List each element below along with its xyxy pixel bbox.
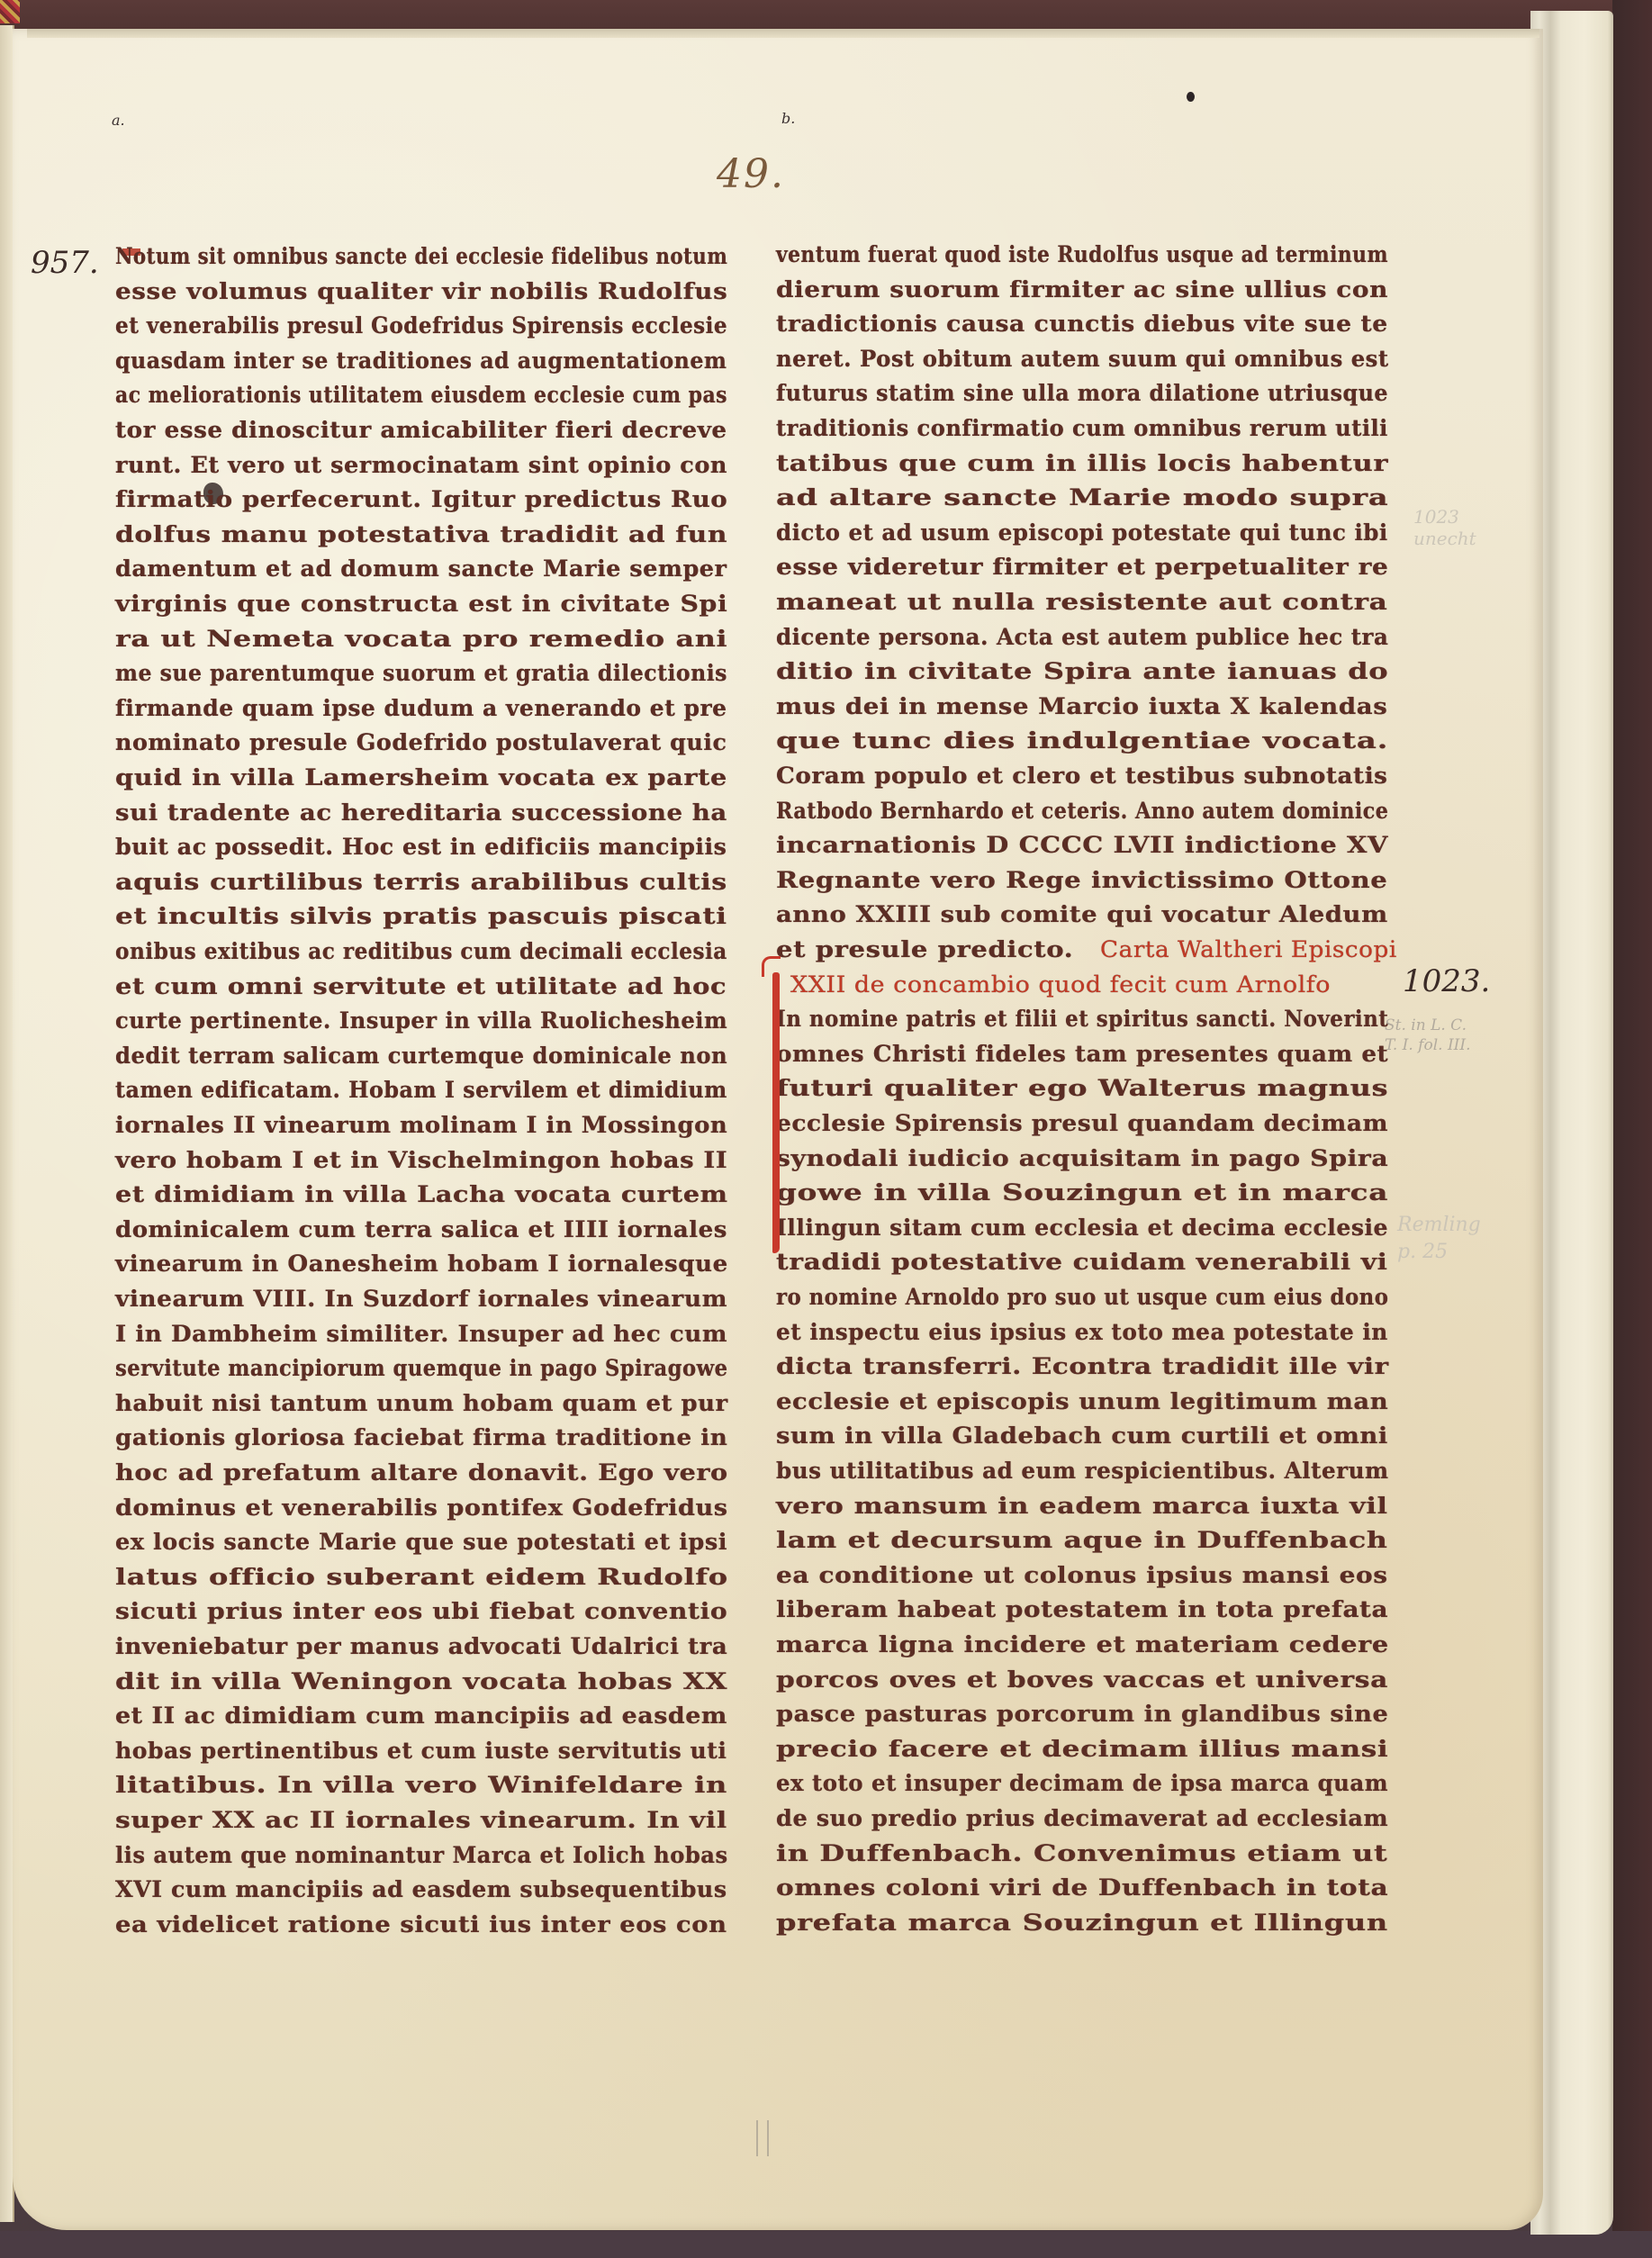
manuscript-text-line: mus dei in mense Marcio iuxta X kalendas [776, 693, 1387, 719]
column-letter-a: a. [112, 112, 125, 129]
manuscript-text-line: marca ligna incidere et materiam cedere [776, 1631, 1389, 1657]
margin-date-1023: 1023. [1403, 963, 1490, 999]
manuscript-text-line: in Duffenbach. Convenimus etiam ut [776, 1840, 1387, 1866]
manuscript-text-line: tatibus que cum in illis locis habentur [776, 450, 1388, 476]
pencil-note-line: unecht [1413, 528, 1476, 549]
manuscript-text-line: nominato presule Godefrido postulaverat … [115, 729, 727, 755]
manuscript-text-line: sum in villa Gladebach cum curtili et om… [776, 1423, 1388, 1449]
manuscript-text-line: omnes coloni viri de Duffenbach in tota [776, 1874, 1388, 1901]
manuscript-text-line: vero mansum in eadem marca iuxta vil [776, 1493, 1388, 1519]
manuscript-text-line: Regnante vero Rege invictissimo Ottone [776, 867, 1387, 893]
pencil-note-line: Remling [1397, 1212, 1481, 1239]
pencil-note-line: St. in L. C. [1385, 1016, 1471, 1035]
manuscript-text-line: Illingun sitam cum ecclesia et decima ec… [776, 1215, 1388, 1241]
bottom-page-mark [756, 2120, 769, 2156]
manuscript-text-line: firmatio perfecerunt. Igitur predictus R… [115, 486, 727, 512]
manuscript-text-line: Ratbodo Bernhardo et ceteris. Anno autem… [776, 798, 1388, 824]
rubric-heading-line: Carta Waltheri Episcopi [1100, 936, 1397, 962]
manuscript-text-line: et dimidiam in villa Lacha vocata curtem [115, 1181, 728, 1207]
manuscript-text-line: tamen edificatam. Hobam I servilem et di… [115, 1077, 727, 1103]
manuscript-text-line: vinearum VIII. In Suzdorf iornales vinea… [115, 1286, 727, 1312]
manuscript-text-line: ex locis sancte Marie que sue potestati … [115, 1529, 727, 1555]
manuscript-text-line: et incultis silvis pratis pascuis piscat… [115, 903, 727, 929]
manuscript-text-line: dicente persona. Acta est autem publice … [776, 624, 1388, 650]
manuscript-text-line: dit in villa Weningon vocata hobas XX [115, 1668, 727, 1694]
manuscript-text-line: servitute mancipiorum quemque in pago Sp… [115, 1355, 728, 1381]
manuscript-text-line: et II ac dimidiam cum mancipiis ad easde… [115, 1703, 727, 1729]
manuscript-text-line: pasce pasturas porcorum in glandibus sin… [776, 1701, 1388, 1727]
manuscript-text-line: esse volumus qualiter vir nobilis Rudolf… [115, 278, 727, 304]
page-top-fold [27, 29, 1539, 38]
manuscript-text-line: curte pertinente. Insuper in villa Ruoli… [115, 1007, 727, 1034]
manuscript-text-line: I in Dambheim similiter. Insuper ad hec … [115, 1321, 727, 1347]
manuscript-text-line: dominus et venerabilis pontifex Godefrid… [115, 1495, 728, 1521]
book-binding-right [1612, 0, 1652, 2258]
manuscript-text-line: In nomine patris et filii et spiritus sa… [776, 1006, 1388, 1032]
manuscript-text-line: gationis gloriosa faciebat firma traditi… [115, 1424, 727, 1450]
manuscript-text-line: neret. Post obitum autem suum qui omnibu… [776, 346, 1389, 372]
manuscript-text-line: traditionis confirmatio cum omnibus reru… [776, 415, 1388, 441]
manuscript-text-line: ra ut Nemeta vocata pro remedio ani [115, 626, 727, 652]
manuscript-text-line: iornales II vinearum molinam I in Mossin… [115, 1112, 727, 1138]
manuscript-text-line: aquis curtilibus terris arabilibus culti… [115, 869, 727, 895]
margin-date-957: 957. [31, 245, 99, 281]
pencil-note-line: T. I. fol. III. [1385, 1035, 1471, 1055]
manuscript-text-line: Notum sit omnibus sancte dei ecclesie fi… [115, 243, 727, 269]
manuscript-text-line: maneat ut nulla resistente aut contra [776, 589, 1388, 615]
manuscript-text-line: futuri qualiter ego Walterus magnus [776, 1075, 1388, 1101]
manuscript-text-line: synodali iudicio acquisitam in pago Spir… [776, 1145, 1388, 1171]
manuscript-text-line: ea videlicet ratione sicuti ius inter eo… [115, 1911, 727, 1937]
manuscript-text-line: que tunc dies indulgentiae vocata. [776, 727, 1388, 754]
manuscript-text-line: dicto et ad usum episcopi potestate qui … [776, 519, 1388, 546]
manuscript-text-line: et inspectu eius ipsius ex toto mea pote… [776, 1319, 1388, 1345]
manuscript-text-line: ac meliorationis utilitatem eiusdem eccl… [115, 382, 727, 408]
manuscript-text-line: onibus exitibus ac reditibus cum decimal… [115, 938, 727, 964]
manuscript-text-line: XVI cum mancipiis ad easdem subsequentib… [115, 1876, 727, 1902]
manuscript-text-line: ex toto et insuper decimam de ipsa marca… [776, 1770, 1388, 1796]
manuscript-text-line: incarnationis D CCCC LVII indictione XV [776, 832, 1388, 858]
manuscript-text-line: sicuti prius inter eos ubi fiebat conven… [115, 1598, 727, 1624]
manuscript-text-line: ea conditione ut colonus ipsius mansi eo… [776, 1562, 1388, 1588]
manuscript-text-line: omnes Christi fideles tam presentes quam… [776, 1041, 1388, 1067]
manuscript-text-line: inveniebatur per manus advocati Udalrici… [115, 1633, 727, 1659]
manuscript-text-line: ro nomine Arnoldo pro suo ut usque cum e… [776, 1284, 1388, 1310]
manuscript-text-line: porcos oves et boves vaccas et universa [776, 1666, 1388, 1693]
column-letter-b: b. [781, 110, 795, 127]
manuscript-text-line: tor esse dinoscitur amicabiliter fieri d… [115, 417, 727, 443]
manuscript-text-line: Coram populo et clero et testibus subnot… [776, 763, 1387, 789]
manuscript-text-line: hobas pertinentibus et cum iuste servitu… [115, 1738, 727, 1764]
manuscript-text-line: hoc ad prefatum altare donavit. Ego vero [115, 1459, 728, 1486]
manuscript-text-line: anno XXIII sub comite qui vocatur Aledum [776, 901, 1388, 927]
manuscript-text-line: virginis que constructa est in civitate … [115, 591, 727, 617]
manuscript-text-line: ditio in civitate Spira ante ianuas do [776, 658, 1388, 684]
manuscript-text-line: lam et decursum aque in Duffenbach [776, 1527, 1388, 1553]
manuscript-text-line: latus officio suberant eidem Rudolfo [115, 1564, 728, 1590]
manuscript-text-line: prefata marca Souzingun et Illingun [776, 1910, 1388, 1936]
manuscript-text-line: futurus statim sine ulla mora dilatione … [776, 380, 1388, 406]
manuscript-text-line: runt. Et vero ut sermocinatam sint opini… [115, 452, 727, 478]
manuscript-text-line: tradictionis causa cunctis diebus vite s… [776, 311, 1388, 337]
manuscript-text-line: me sue parentumque suorum et gratia dile… [115, 660, 727, 686]
manuscript-text-line: de suo predio prius decimaverat ad eccle… [776, 1805, 1388, 1831]
ink-dot [1187, 92, 1195, 102]
pencil-note-reference: St. in L. C. T. I. fol. III. [1385, 1016, 1471, 1055]
pencil-note-unecht: 1023 unecht [1413, 506, 1476, 549]
manuscript-text-line: ad altare sancte Marie modo supra [776, 484, 1388, 510]
manuscript-text-line: vero hobam I et in Vischelmingon hobas I… [115, 1147, 727, 1173]
pencil-note-line: 1023 [1413, 506, 1476, 528]
manuscript-text-line: et cum omni servitute et utilitate ad ho… [115, 973, 727, 999]
manuscript-text-line: et venerabilis presul Godefridus Spirens… [115, 312, 727, 339]
manuscript-text-line: ecclesie Spirensis presul quandam decima… [776, 1110, 1388, 1136]
manuscript-text-line: quasdam inter se traditiones ad augmenta… [115, 348, 727, 374]
manuscript-text-line: habuit nisi tantum unum hobam quam et pu… [115, 1390, 728, 1416]
manuscript-text-line: gowe in villa Souzingun et in marca [776, 1179, 1388, 1206]
manuscript-text-line: bus utilitatibus ad eum respicientibus. … [776, 1458, 1389, 1484]
manuscript-text-line: dolfus manu potestativa tradidit ad fun [115, 521, 727, 547]
manuscript-text-line: precio facere et decimam illius mansi [776, 1736, 1388, 1762]
manuscript-text-line: dicta transferri. Econtra tradidit ille … [776, 1353, 1389, 1379]
decorated-initial-i [772, 972, 780, 1253]
rubric-heading-line: XXII de concambio quod fecit cum Arnolfo [790, 971, 1331, 998]
pencil-note-remling: Remling p. 25 [1397, 1212, 1481, 1266]
manuscript-text-line: sui tradente ac hereditaria successione … [115, 799, 727, 826]
manuscript-text-line: super XX ac II iornales vinearum. In vil [115, 1807, 727, 1833]
manuscript-text-line: liberam habeat potestatem in tota prefat… [776, 1596, 1388, 1622]
headband [0, 0, 20, 23]
manuscript-text-line: lis autem que nominantur Marca et Iolich… [115, 1842, 728, 1868]
manuscript-text-line: ecclesie et episcopis unum legitimum man [776, 1388, 1388, 1414]
book-binding-bottom [0, 2231, 1652, 2258]
manuscript-text-line: dierum suorum firmiter ac sine ullius co… [776, 276, 1388, 303]
manuscript-text-line: litatibus. In villa vero Winifeldare in [115, 1772, 727, 1798]
pencil-note-line: p. 25 [1397, 1239, 1481, 1266]
manuscript-text-line: et presule predicto. [776, 936, 1073, 962]
manuscript-text-line: dedit terram salicam curtemque dominical… [115, 1043, 727, 1069]
manuscript-text-line: tradidi potestative cuidam venerabili vi [776, 1249, 1388, 1275]
manuscript-text-line: ventum fuerat quod iste Rudolfus usque a… [776, 241, 1388, 267]
manuscript-text-line: vinearum in Oanesheim hobam I iornalesqu… [115, 1251, 728, 1277]
folio-number: 49. [717, 151, 785, 197]
manuscript-text-line: damentum et ad domum sancte Marie semper [115, 555, 727, 582]
manuscript-text-line: dominicalem cum terra salica et IIII ior… [115, 1216, 727, 1242]
manuscript-text-line: esse videretur firmiter et perpetualiter… [776, 554, 1388, 580]
manuscript-text-line: firmande quam ipse dudum a venerando et … [115, 695, 727, 721]
manuscript-text-line: quid in villa Lamersheim vocata ex parte [115, 764, 727, 790]
manuscript-text-line: buit ac possedit. Hoc est in edificiis m… [115, 834, 727, 860]
